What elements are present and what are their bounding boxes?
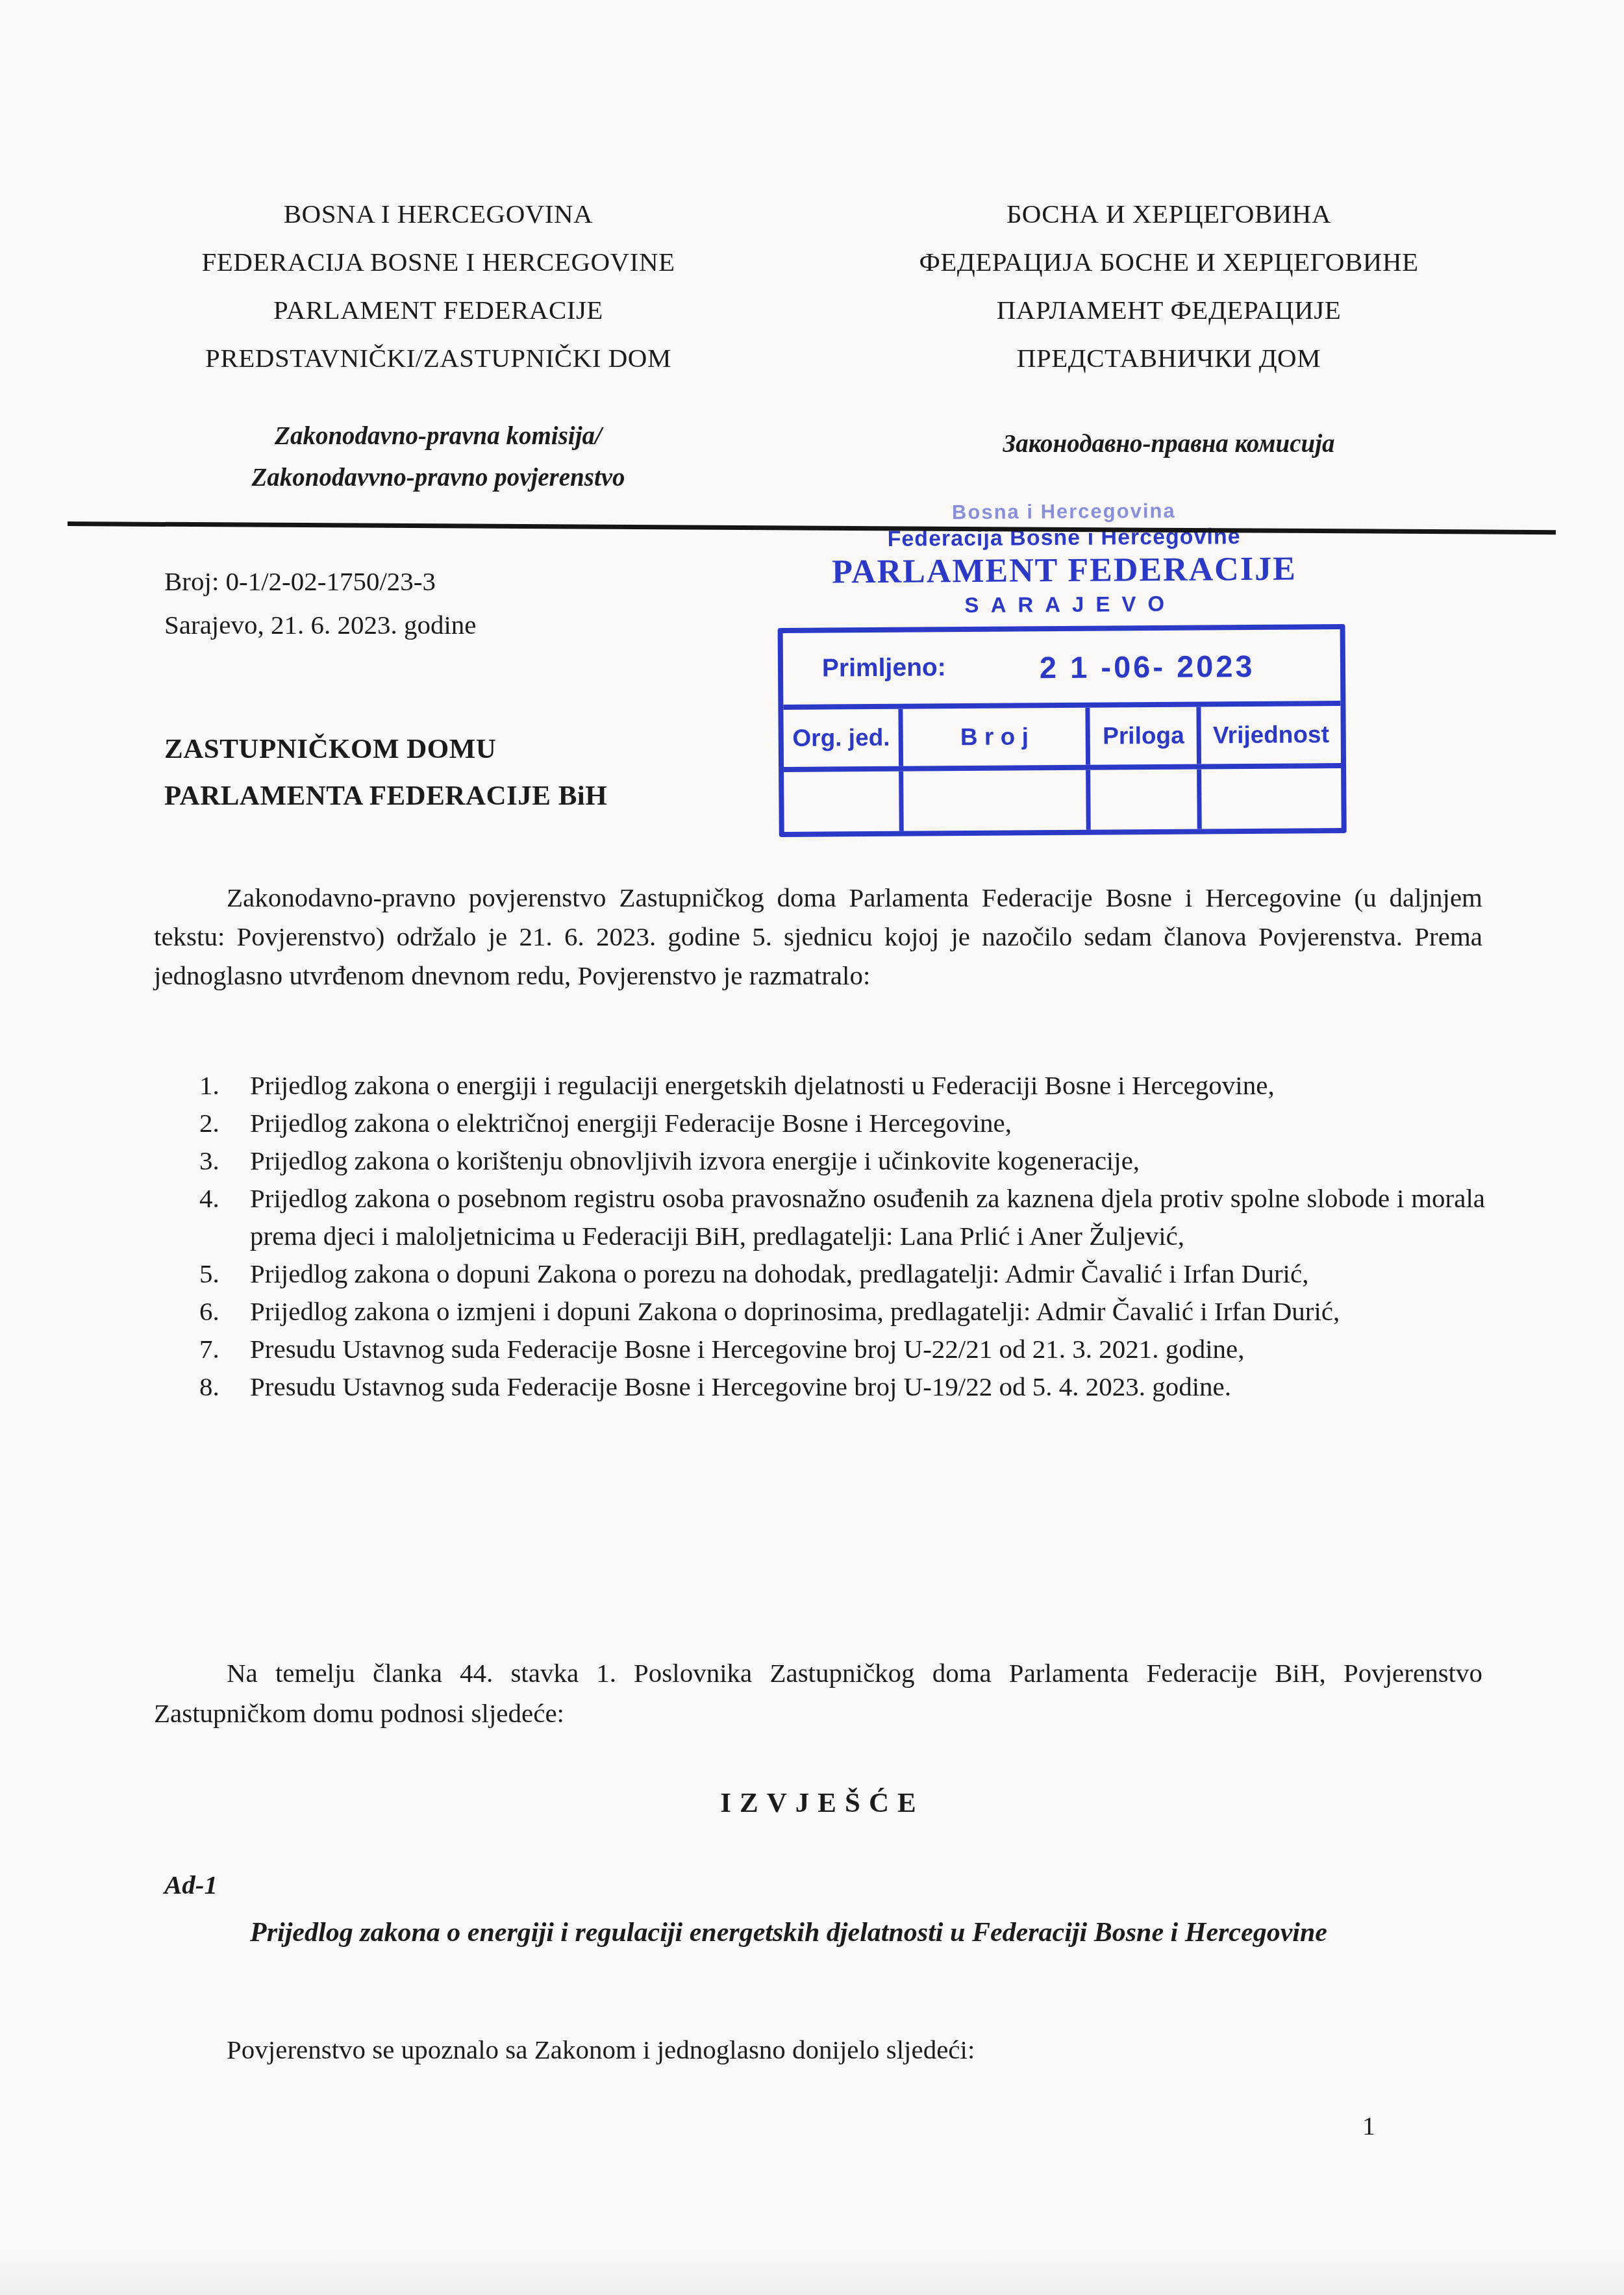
letterhead-left-line: FEDERACIJA BOSNE I HERCEGOVINE <box>91 238 786 286</box>
section-ad1-label: Ad-1 <box>164 1869 218 1900</box>
letterhead-right: БОСНА И ХЕРЦЕГОВИНА ФЕДЕРАЦИЈА БОСНЕ И Х… <box>838 190 1500 382</box>
committee-name-line: Законодавно-правна комисија <box>838 423 1500 465</box>
list-item: 7.Presudu Ustavnog suda Federacije Bosne… <box>199 1330 1485 1368</box>
page-number: 1 <box>1362 2111 1375 2141</box>
committee-name-cyrillic: Законодавно-правна комисија <box>838 423 1500 465</box>
stamp-empty-cell <box>784 771 904 832</box>
list-item-number: 5. <box>199 1255 219 1292</box>
stamp-received-label: Primljeno: <box>783 653 984 683</box>
stamp-empty-cell <box>1202 768 1342 829</box>
stamp-column-header-row: Org. jed. B r o j Priloga Vrijednost <box>783 706 1341 772</box>
list-item: 3.Prijedlog zakona o korištenju obnovlji… <box>199 1142 1485 1179</box>
list-item-text: Prijedlog zakona o električnoj energiji … <box>250 1108 1012 1138</box>
list-item-text: Prijedlog zakona o izmjeni i dopuni Zako… <box>250 1296 1340 1326</box>
receipt-stamp: Bosna i Hercegovina Federacija Bosne i H… <box>745 498 1384 838</box>
list-item-number: 6. <box>199 1292 219 1330</box>
list-item-text: Prijedlog zakona o dopuni Zakona o porez… <box>250 1259 1308 1288</box>
list-item-number: 3. <box>199 1142 219 1179</box>
stamp-received-row: Primljeno: 2 1 -06- 2023 <box>783 629 1341 710</box>
list-item-number: 8. <box>199 1368 219 1405</box>
stamp-col-broj: B r o j <box>903 708 1090 766</box>
letterhead-left-line: PREDSTAVNIČKI/ZASTUPNIČKI DOM <box>91 334 786 382</box>
list-item-text: Prijedlog zakona o korištenju obnovljivi… <box>250 1146 1140 1175</box>
stamp-parliament-line: PARLAMENT FEDERACIJE <box>746 549 1382 592</box>
letterhead-left-line: BOSNA I HERCEGOVINA <box>91 190 786 238</box>
stamp-empty-cell <box>904 770 1091 831</box>
stamp-col-vrijednost: Vrijednost <box>1201 706 1341 764</box>
stamp-city-line: SARAJEVO <box>746 590 1382 620</box>
list-item: 4.Prijedlog zakona o posebnom registru o… <box>199 1179 1485 1255</box>
reference-place-date: Sarajevo, 21. 6. 2023. godine <box>164 603 477 647</box>
list-item-text: Prijedlog zakona o energiji i regulaciji… <box>250 1070 1275 1100</box>
stamp-table: Primljeno: 2 1 -06- 2023 Org. jed. B r o… <box>778 624 1347 837</box>
list-item-text: Presudu Ustavnog suda Federacije Bosne i… <box>250 1334 1245 1364</box>
addressee: ZASTUPNIČKOM DOMU PARLAMENTA FEDERACIJE … <box>164 726 607 820</box>
letterhead-right-line: ПРЕДСТАВНИЧКИ ДОМ <box>838 334 1500 382</box>
report-heading: IZVJEŠĆE <box>154 1787 1482 1819</box>
list-item-number: 1. <box>199 1066 219 1104</box>
agenda-list: 1.Prijedlog zakona o energiji i regulaci… <box>199 1066 1485 1405</box>
scanned-document-page: BOSNA I HERCEGOVINA FEDERACIJA BOSNE I H… <box>0 0 1624 2295</box>
letterhead-right-line: ПАРЛАМЕНТ ФЕДЕРАЦИЈЕ <box>838 286 1500 334</box>
letterhead-right-line: БОСНА И ХЕРЦЕГОВИНА <box>838 190 1500 238</box>
letterhead-left-line: PARLAMENT FEDERACIJE <box>91 286 786 334</box>
stamp-empty-cell <box>1090 770 1202 830</box>
list-item-number: 7. <box>199 1330 219 1368</box>
list-item-number: 4. <box>199 1179 219 1217</box>
list-item-number: 2. <box>199 1104 219 1142</box>
section-ad1-title: Prijedlog zakona o energiji i regulaciji… <box>250 1912 1377 1953</box>
list-item: 8.Presudu Ustavnog suda Federacije Bosne… <box>199 1368 1485 1405</box>
reference-block: Broj: 0-1/2-02-1750/23-3 Sarajevo, 21. 6… <box>164 560 477 647</box>
committee-name-line: Zakonodavvno-pravno povjerenstvo <box>91 457 786 499</box>
stamp-country-line: Bosna i Hercegovina <box>745 498 1382 526</box>
section-ad1-body: Povjerenstvo se upoznalo sa Zakonom i je… <box>154 2030 1482 2069</box>
committee-name-line: Zakonodavno-pravna komisija/ <box>91 416 786 457</box>
list-item: 6.Prijedlog zakona o izmjeni i dopuni Za… <box>199 1292 1485 1330</box>
stamp-empty-row <box>784 768 1342 832</box>
list-item: 2.Prijedlog zakona o električnoj energij… <box>199 1104 1485 1142</box>
list-item-text: Prijedlog zakona o posebnom registru oso… <box>250 1183 1485 1251</box>
stamp-col-org-jed: Org. jed. <box>783 709 903 767</box>
letterhead-left: BOSNA I HERCEGOVINA FEDERACIJA BOSNE I H… <box>91 190 786 382</box>
committee-name-latin: Zakonodavno-pravna komisija/ Zakonodavvn… <box>91 416 786 499</box>
stamp-col-priloga: Priloga <box>1090 707 1201 765</box>
letterhead-right-line: ФЕДЕРАЦИЈА БОСНЕ И ХЕРЦЕГОВИНЕ <box>838 238 1500 286</box>
stamp-received-date: 2 1 -06- 2023 <box>984 647 1255 685</box>
list-item: 1.Prijedlog zakona o energiji i regulaci… <box>199 1066 1485 1104</box>
list-item-text: Presudu Ustavnog suda Federacije Bosne i… <box>250 1372 1231 1401</box>
addressee-line: PARLAMENTA FEDERACIJE BiH <box>164 773 607 820</box>
closing-paragraph: Na temelju članka 44. stavka 1. Poslovni… <box>154 1653 1482 1733</box>
reference-number: Broj: 0-1/2-02-1750/23-3 <box>164 560 477 603</box>
list-item: 5.Prijedlog zakona o dopuni Zakona o por… <box>199 1255 1485 1292</box>
addressee-line: ZASTUPNIČKOM DOMU <box>164 726 607 773</box>
intro-paragraph: Zakonodavno-pravno povjerenstvo Zastupni… <box>154 878 1482 995</box>
